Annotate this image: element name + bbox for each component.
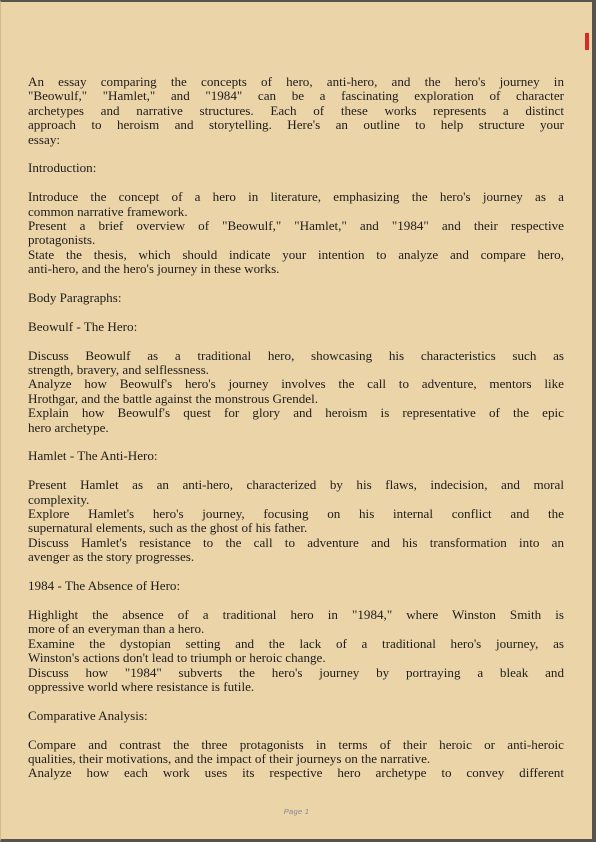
text-line: Introduce the concept of a hero in liter… bbox=[28, 190, 564, 204]
paragraph: Explore Hamlet's hero's journey, focusin… bbox=[28, 507, 564, 536]
text-line: Explore Hamlet's hero's journey, focusin… bbox=[28, 507, 564, 521]
section-heading: Hamlet - The Anti-Hero: bbox=[28, 449, 564, 463]
document-section-heading: Introduction: bbox=[28, 161, 564, 175]
document-section: Highlight the absence of a traditional h… bbox=[28, 608, 564, 694]
paragraph: Present Hamlet as an anti-hero, characte… bbox=[28, 478, 564, 507]
text-line: Comparative Analysis: bbox=[28, 709, 564, 723]
text-line: Discuss how "1984" subverts the hero's j… bbox=[28, 666, 564, 680]
text-line: Body Paragraphs: bbox=[28, 291, 564, 305]
paragraph: Highlight the absence of a traditional h… bbox=[28, 608, 564, 637]
text-line: anti-hero, and the hero's journey in the… bbox=[28, 262, 564, 276]
red-annotation-marker bbox=[585, 33, 589, 50]
text-line: Analyze how each work uses its respectiv… bbox=[28, 766, 564, 780]
section-heading: 1984 - The Absence of Hero: bbox=[28, 579, 564, 593]
text-line: complexity. bbox=[28, 493, 564, 507]
text-line: Winston's actions don't lead to triumph … bbox=[28, 651, 564, 665]
text-line: Beowulf - The Hero: bbox=[28, 320, 564, 334]
text-line: Highlight the absence of a traditional h… bbox=[28, 608, 564, 622]
paragraph: Explain how Beowulf's quest for glory an… bbox=[28, 406, 564, 435]
paragraph: State the thesis, which should indicate … bbox=[28, 248, 564, 277]
text-line: qualities, their motivations, and the im… bbox=[28, 752, 564, 766]
text-line: Present Hamlet as an anti-hero, characte… bbox=[28, 478, 564, 492]
text-line: oppressive world where resistance is fut… bbox=[28, 680, 564, 694]
text-line: Introduction: bbox=[28, 161, 564, 175]
document-section: Present Hamlet as an anti-hero, characte… bbox=[28, 478, 564, 564]
text-line: Discuss Beowulf as a traditional hero, s… bbox=[28, 349, 564, 363]
paragraph: Analyze how each work uses its respectiv… bbox=[28, 766, 564, 780]
paragraph: Discuss Beowulf as a traditional hero, s… bbox=[28, 349, 564, 378]
text-line: An essay comparing the concepts of hero,… bbox=[28, 75, 564, 89]
document-section-heading: Comparative Analysis: bbox=[28, 709, 564, 723]
section-heading: Comparative Analysis: bbox=[28, 709, 564, 723]
text-line: Hrothgar, and the battle against the mon… bbox=[28, 392, 564, 406]
text-line: supernatural elements, such as the ghost… bbox=[28, 521, 564, 535]
text-line: avenger as the story progresses. bbox=[28, 550, 564, 564]
document-section-heading: Hamlet - The Anti-Hero: bbox=[28, 449, 564, 463]
section-heading: Body Paragraphs: bbox=[28, 291, 564, 305]
text-line: Present a brief overview of "Beowulf," "… bbox=[28, 219, 564, 233]
text-line: archetypes and narrative structures. Eac… bbox=[28, 104, 564, 118]
paragraph: Introduce the concept of a hero in liter… bbox=[28, 190, 564, 219]
text-line: 1984 - The Absence of Hero: bbox=[28, 579, 564, 593]
section-heading: Beowulf - The Hero: bbox=[28, 320, 564, 334]
text-line: approach to heroism and storytelling. He… bbox=[28, 118, 564, 132]
text-line: hero archetype. bbox=[28, 421, 564, 435]
paragraph: An essay comparing the concepts of hero,… bbox=[28, 75, 564, 147]
text-line: Hamlet - The Anti-Hero: bbox=[28, 449, 564, 463]
text-line: protagonists. bbox=[28, 233, 564, 247]
document-page: An essay comparing the concepts of hero,… bbox=[0, 0, 596, 842]
text-line: more of an everyman than a hero. bbox=[28, 622, 564, 636]
paragraph: Examine the dystopian setting and the la… bbox=[28, 637, 564, 666]
document-section: An essay comparing the concepts of hero,… bbox=[28, 75, 564, 147]
document-section: Compare and contrast the three protagoni… bbox=[28, 738, 564, 781]
document-section-heading: Body Paragraphs: bbox=[28, 291, 564, 305]
section-heading: Introduction: bbox=[28, 161, 564, 175]
document-section-heading: Beowulf - The Hero: bbox=[28, 320, 564, 334]
text-line: Compare and contrast the three protagoni… bbox=[28, 738, 564, 752]
text-line: common narrative framework. bbox=[28, 205, 564, 219]
page-number-footer: Page 1 bbox=[1, 807, 592, 816]
text-line: Examine the dystopian setting and the la… bbox=[28, 637, 564, 651]
text-line: Explain how Beowulf's quest for glory an… bbox=[28, 406, 564, 420]
paragraph: Compare and contrast the three protagoni… bbox=[28, 738, 564, 767]
text-line: State the thesis, which should indicate … bbox=[28, 248, 564, 262]
paragraph: Discuss Hamlet's resistance to the call … bbox=[28, 536, 564, 565]
paragraph: Analyze how Beowulf's hero's journey inv… bbox=[28, 377, 564, 406]
document-section: Introduce the concept of a hero in liter… bbox=[28, 190, 564, 276]
text-line: Analyze how Beowulf's hero's journey inv… bbox=[28, 377, 564, 391]
paragraph: Discuss how "1984" subverts the hero's j… bbox=[28, 666, 564, 695]
paragraph: Present a brief overview of "Beowulf," "… bbox=[28, 219, 564, 248]
text-line: strength, bravery, and selflessness. bbox=[28, 363, 564, 377]
text-line: Discuss Hamlet's resistance to the call … bbox=[28, 536, 564, 550]
text-line: "Beowulf," "Hamlet," and "1984" can be a… bbox=[28, 89, 564, 103]
document-body: An essay comparing the concepts of hero,… bbox=[28, 75, 564, 795]
text-line: essay: bbox=[28, 133, 564, 147]
document-section-heading: 1984 - The Absence of Hero: bbox=[28, 579, 564, 593]
document-section: Discuss Beowulf as a traditional hero, s… bbox=[28, 349, 564, 435]
